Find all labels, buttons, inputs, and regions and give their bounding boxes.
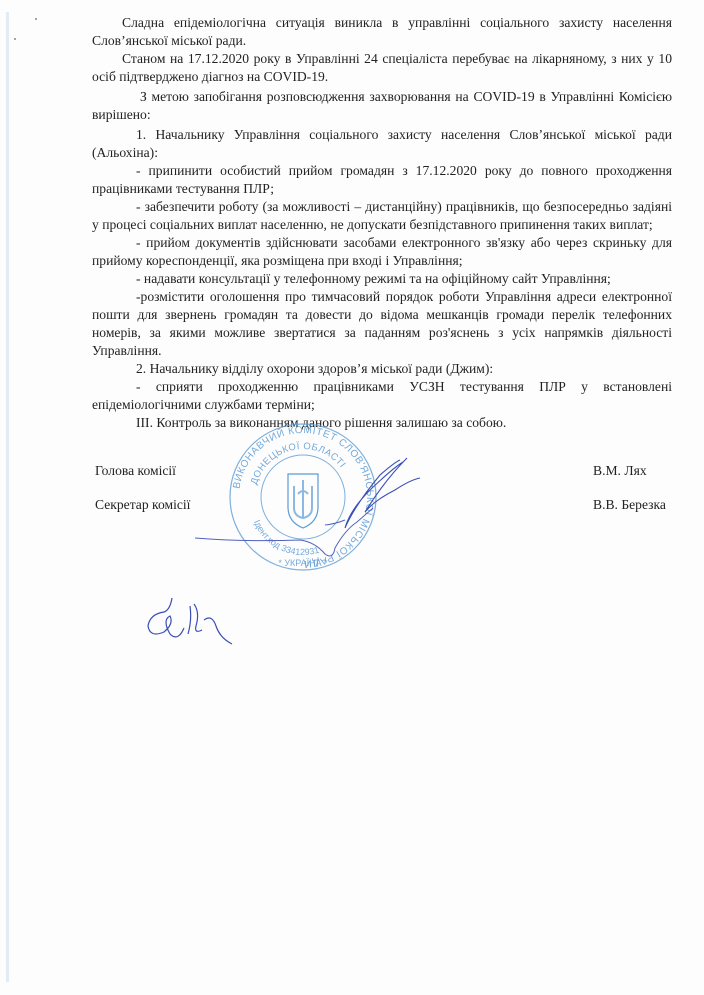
chair-signature bbox=[195, 450, 455, 560]
chair-name: В.М. Лях bbox=[593, 463, 647, 479]
document-body: Сладна епідеміологічна ситуація виникла … bbox=[92, 14, 672, 432]
scan-edge bbox=[6, 12, 9, 982]
paragraph: - надавати консультації у телефонному ре… bbox=[92, 270, 672, 288]
paragraph: - забезпечити роботу (за можливості – ди… bbox=[92, 198, 672, 234]
paragraph: 1. Начальнику Управління соціального зах… bbox=[92, 126, 672, 162]
paragraph: Станом на 17.12.2020 року в Управлінні 2… bbox=[92, 50, 672, 86]
paragraph: - сприяти проходженню працівниками УСЗН … bbox=[92, 378, 672, 414]
secretary-name: В.В. Березка bbox=[593, 497, 666, 513]
secretary-signature bbox=[140, 590, 250, 650]
paragraph: - припинити особистий прийом громадян з … bbox=[92, 162, 672, 198]
scan-speck bbox=[35, 18, 37, 20]
secretary-title: Секретар комісії bbox=[95, 497, 190, 513]
paragraph: Сладна епідеміологічна ситуація виникла … bbox=[92, 14, 672, 50]
paragraph: З метою запобігання розповсюдження захво… bbox=[92, 88, 672, 124]
scan-speck bbox=[14, 38, 16, 40]
paragraph: - прийом документів здійснювати засобами… bbox=[92, 234, 672, 270]
paragraph: ІІІ. Контроль за виконанням даного рішен… bbox=[92, 414, 672, 432]
chair-title: Голова комісії bbox=[95, 463, 176, 479]
paragraph: -розмістити оголошення про тимчасовий по… bbox=[92, 288, 672, 360]
paragraph: 2. Начальнику відділу охорони здоров’я м… bbox=[92, 360, 672, 378]
